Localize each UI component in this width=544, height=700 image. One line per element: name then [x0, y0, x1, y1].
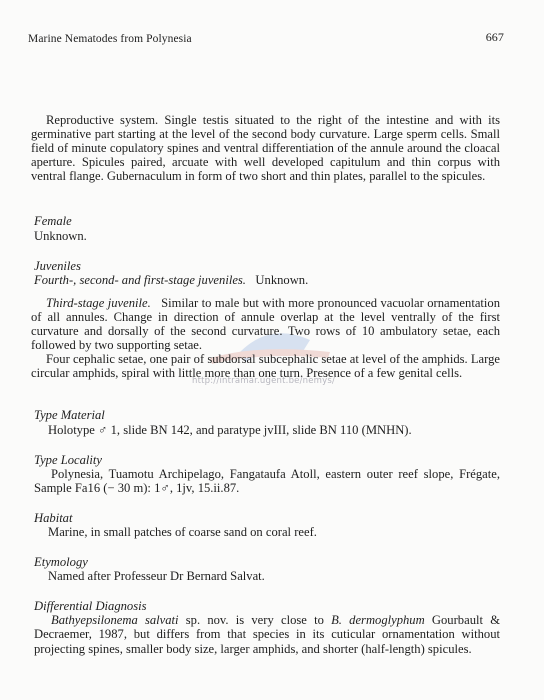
watermark-url: http://intramar.ugent.be/nemys/: [192, 376, 335, 386]
habitat-text: Marine, in small patches of coarse sand …: [31, 525, 500, 539]
etymology-heading: Etymology: [31, 555, 500, 569]
juvenile-stages-label: Fourth-, second- and first-stage juvenil…: [34, 273, 246, 287]
section-etymology: Etymology Named after Professeur Dr Bern…: [31, 555, 500, 583]
etymology-text: Named after Professeur Dr Bernard Salvat…: [31, 569, 500, 583]
section-type-material: Type Material Holotype ♂ 1, slide BN 142…: [31, 408, 500, 436]
third-stage-paragraph: Third-stage juvenile. Similar to male bu…: [31, 296, 500, 352]
differential-diagnosis-heading: Differential Diagnosis: [31, 599, 500, 613]
juvenile-stages-text: Unknown.: [255, 273, 308, 287]
section-female: Female Unknown.: [31, 214, 500, 242]
differential-diagnosis-text: Bathyepsilonema salvati sp. nov. is very…: [31, 613, 500, 655]
habitat-heading: Habitat: [31, 511, 500, 525]
compared-species-name: B. dermoglyphum: [331, 613, 425, 627]
page-number: 667: [486, 30, 504, 45]
running-title: Marine Nematodes from Polynesia: [28, 33, 192, 45]
section-differential-diagnosis: Differential Diagnosis Bathyepsilonema s…: [31, 599, 500, 655]
female-text: Unknown.: [31, 229, 500, 243]
juveniles-heading: Juveniles: [31, 259, 500, 273]
type-locality-heading: Type Locality: [31, 453, 500, 467]
juvenile-stages-line: Fourth-, second- and first-stage juvenil…: [31, 273, 500, 287]
type-material-text: Holotype ♂ 1, slide BN 142, and paratype…: [31, 423, 500, 437]
type-locality-text: Polynesia, Tuamotu Archipelago, Fangatau…: [31, 467, 500, 495]
reproductive-system-paragraph: Reproductive system. Single testis situa…: [31, 113, 500, 183]
section-habitat: Habitat Marine, in small patches of coar…: [31, 511, 500, 539]
female-heading: Female: [31, 214, 500, 228]
document-page: Marine Nematodes from Polynesia 667 Repr…: [0, 0, 544, 700]
section-juveniles: Juveniles Fourth-, second- and first-sta…: [31, 259, 500, 381]
section-type-locality: Type Locality Polynesia, Tuamotu Archipe…: [31, 453, 500, 495]
species-name: Bathyepsilonema salvati: [51, 613, 179, 627]
diagnosis-text-part-1: sp. nov. is very close to: [179, 613, 332, 627]
third-stage-label: Third-stage juvenile.: [46, 296, 151, 310]
type-material-heading: Type Material: [31, 408, 500, 422]
